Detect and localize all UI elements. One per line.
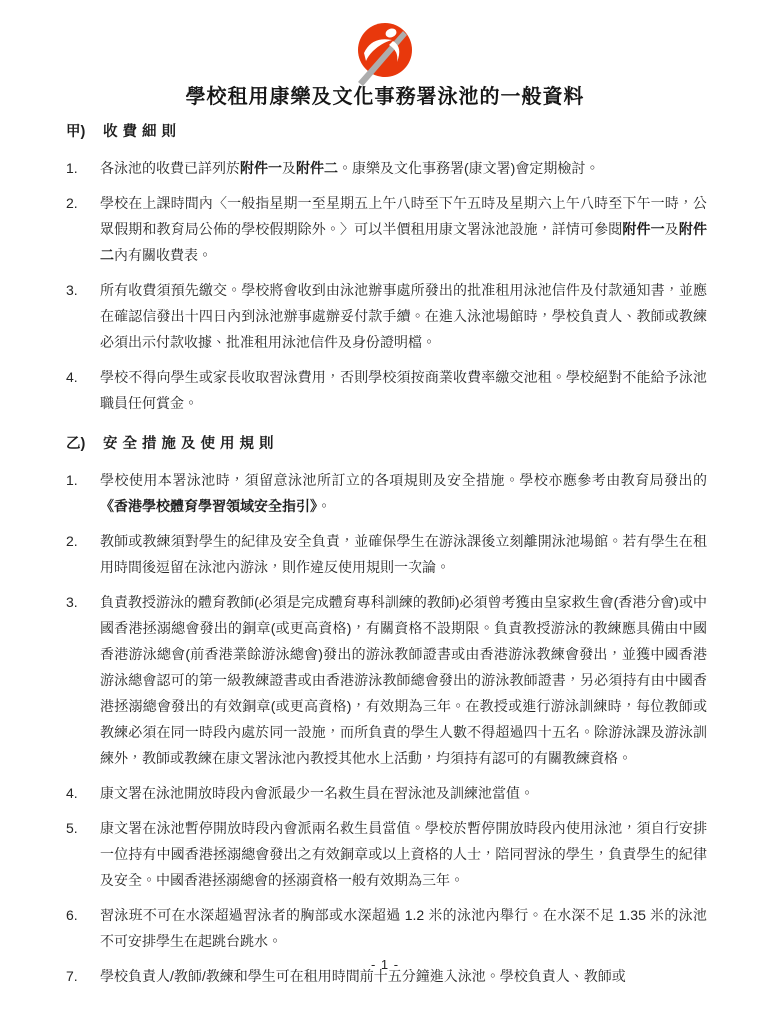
bold-text-run: 附件一: [240, 160, 282, 176]
section-fees: 甲) 收費細則 1. 各泳池的收費已詳列於附件一及附件二。康樂及文化事務署(康文…: [63, 122, 707, 416]
item-list-fees: 1. 各泳池的收費已詳列於附件一及附件二。康樂及文化事務署(康文署)會定期檢討。…: [63, 155, 707, 416]
item-text: 康文署在泳池開放時段內會派最少一名救生員在習泳池及訓練池當值。: [100, 780, 707, 806]
document-title: 學校租用康樂及文化事務署泳池的一般資料: [63, 84, 707, 110]
bold-text-run: 《香港學校體育學習領域安全指引》: [100, 498, 317, 514]
bold-text-run: 附件二: [296, 160, 338, 176]
section-label: 乙): [66, 434, 103, 454]
item-text: 各泳池的收費已詳列於附件一及附件二。康樂及文化事務署(康文署)會定期檢討。: [100, 155, 707, 181]
logo-container: [63, 20, 707, 90]
text-run: 康文署在泳池暫停開放時段內會派兩名救生員當值。學校於暫停開放時段內使用泳池，須自…: [100, 820, 707, 888]
list-item: 3. 負責教授游泳的體育教師(必須是完成體育專科訓練的教師)必須曾考獲由皇家救生…: [66, 589, 707, 771]
list-item: 4. 學校不得向學生或家長收取習泳費用，否則學校須按商業收費率繳交池租。學校絕對…: [66, 364, 707, 416]
item-number: 4.: [66, 780, 100, 806]
list-item: 5. 康文署在泳池暫停開放時段內會派兩名救生員當值。學校於暫停開放時段內使用泳池…: [66, 815, 707, 893]
item-text: 學校不得向學生或家長收取習泳費用，否則學校須按商業收費率繳交池租。學校絕對不能給…: [100, 364, 707, 416]
item-text: 學校使用本署泳池時，須留意泳池所訂立的各項規則及安全措施。學校亦應參考由教育局發…: [100, 467, 707, 519]
text-run: 康文署在泳池開放時段內會派最少一名救生員在習泳池及訓練池當值。: [100, 785, 534, 801]
item-number: 5.: [66, 815, 100, 893]
list-item: 6. 習泳班不可在水深超過習泳者的胸部或水深超過 1.2 米的泳池內舉行。在水深…: [66, 902, 707, 954]
list-item: 1. 各泳池的收費已詳列於附件一及附件二。康樂及文化事務署(康文署)會定期檢討。: [66, 155, 707, 181]
list-item: 2. 教師或教練須對學生的紀律及安全負責，並確保學生在游泳課後立刻離開泳池場館。…: [66, 528, 707, 580]
item-text: 習泳班不可在水深超過習泳者的胸部或水深超過 1.2 米的泳池內舉行。在水深不足 …: [100, 902, 707, 954]
item-number: 2.: [66, 190, 100, 268]
text-run: 教師或教練須對學生的紀律及安全負責，並確保學生在游泳課後立刻離開泳池場館。若有學…: [100, 533, 707, 575]
item-text: 所有收費須預先繳交。學校將會收到由泳池辦事處所發出的批准租用泳池信件及付款通知書…: [100, 277, 707, 355]
item-text: 學校在上課時間內〈一般指星期一至星期五上午八時至下午五時及星期六上午八時至下午一…: [100, 190, 707, 268]
text-run: 。: [317, 498, 331, 514]
text-run: 內有關收費表。: [114, 247, 212, 263]
section-label: 甲): [66, 122, 103, 142]
item-list-safety: 1. 學校使用本署泳池時，須留意泳池所訂立的各項規則及安全措施。學校亦應參考由教…: [63, 467, 707, 989]
item-number: 4.: [66, 364, 100, 416]
section-title: 收費細則: [103, 122, 181, 142]
list-item: 4. 康文署在泳池開放時段內會派最少一名救生員在習泳池及訓練池當值。: [66, 780, 707, 806]
list-item: 1. 學校使用本署泳池時，須留意泳池所訂立的各項規則及安全措施。學校亦應參考由教…: [66, 467, 707, 519]
section-heading-fees: 甲) 收費細則: [66, 122, 707, 142]
section-title: 安全措施及使用規則: [103, 434, 279, 454]
text-run: 學校在上課時間內〈一般指星期一至星期五上午八時至下午五時及星期六上午八時至下午一…: [100, 195, 707, 237]
document-page: 學校租用康樂及文化事務署泳池的一般資料 甲) 收費細則 1. 各泳池的收費已詳列…: [0, 0, 770, 1024]
item-number: 3.: [66, 277, 100, 355]
list-item: 2. 學校在上課時間內〈一般指星期一至星期五上午八時至下午五時及星期六上午八時至…: [66, 190, 707, 268]
section-safety-rules: 乙) 安全措施及使用規則 1. 學校使用本署泳池時，須留意泳池所訂立的各項規則及…: [63, 434, 707, 989]
item-text: 負責教授游泳的體育教師(必須是完成體育專科訓練的教師)必須曾考獲由皇家救生會(香…: [100, 589, 707, 771]
list-item: 3. 所有收費須預先繳交。學校將會收到由泳池辦事處所發出的批准租用泳池信件及付款…: [66, 277, 707, 355]
item-number: 6.: [66, 902, 100, 954]
item-text: 教師或教練須對學生的紀律及安全負責，並確保學生在游泳課後立刻離開泳池場館。若有學…: [100, 528, 707, 580]
item-text: 康文署在泳池暫停開放時段內會派兩名救生員當值。學校於暫停開放時段內使用泳池，須自…: [100, 815, 707, 893]
text-run: 各泳池的收費已詳列於: [100, 160, 240, 176]
text-run: 及: [665, 221, 679, 237]
item-number: 1.: [66, 155, 100, 181]
section-heading-safety: 乙) 安全措施及使用規則: [66, 434, 707, 454]
text-run: 習泳班不可在水深超過習泳者的胸部或水深超過 1.2 米的泳池內舉行。在水深不足 …: [100, 907, 707, 949]
item-number: 1.: [66, 467, 100, 519]
lcsd-swimmer-logo-icon: [352, 20, 418, 90]
text-run: 學校不得向學生或家長收取習泳費用，否則學校須按商業收費率繳交池租。學校絕對不能給…: [100, 369, 707, 411]
text-run: 學校使用本署泳池時，須留意泳池所訂立的各項規則及安全措施。學校亦應參考由教育局發…: [100, 472, 707, 488]
text-run: 。康樂及文化事務署(康文署)會定期檢討。: [338, 160, 599, 176]
item-number: 3.: [66, 589, 100, 771]
text-run: 負責教授游泳的體育教師(必須是完成體育專科訓練的教師)必須曾考獲由皇家救生會(香…: [100, 594, 707, 766]
page-number: - 1 -: [0, 957, 770, 972]
bold-text-run: 附件一: [622, 221, 664, 237]
text-run: 及: [282, 160, 296, 176]
item-number: 2.: [66, 528, 100, 580]
text-run: 所有收費須預先繳交。學校將會收到由泳池辦事處所發出的批准租用泳池信件及付款通知書…: [100, 282, 707, 350]
